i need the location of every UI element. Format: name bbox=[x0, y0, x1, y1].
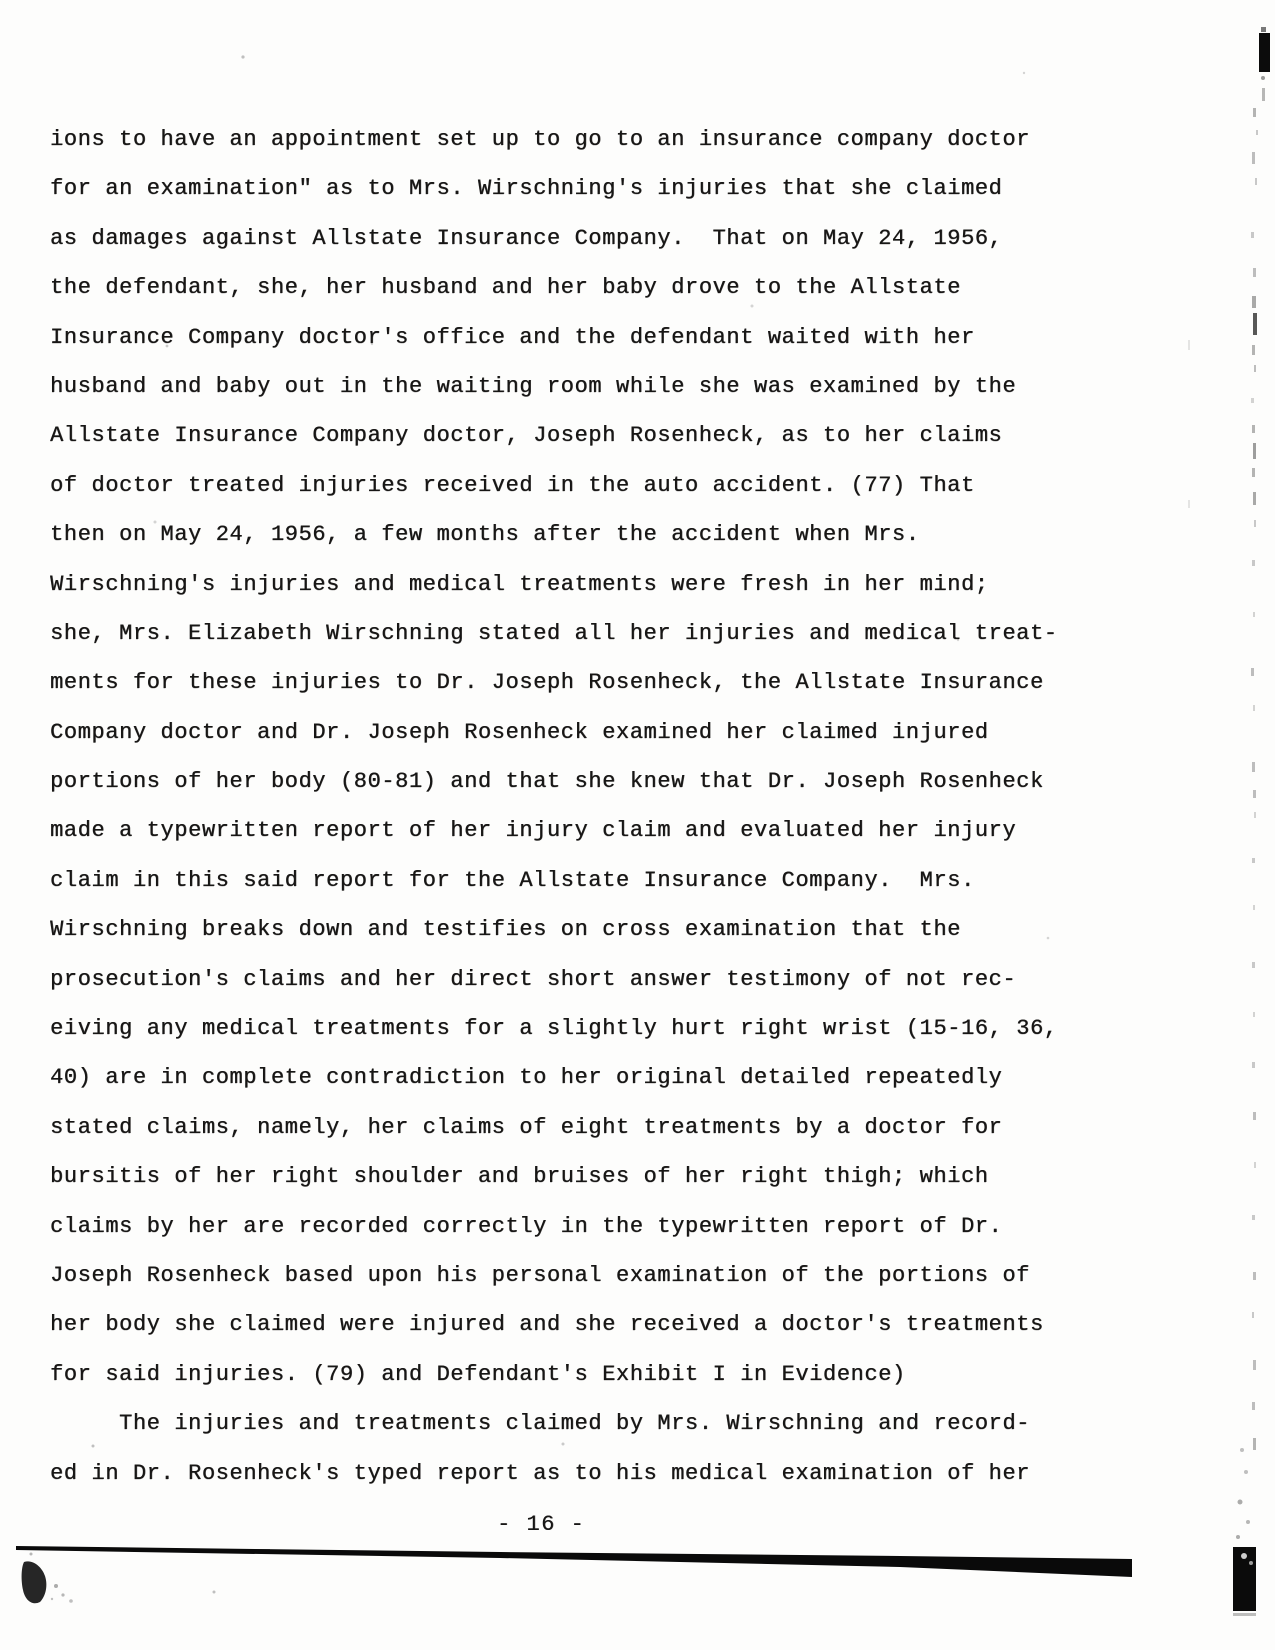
text-line: Company doctor and Dr. Joseph Rosenheck … bbox=[50, 708, 1180, 757]
text-line: ions to have an appointment set up to go… bbox=[50, 115, 1180, 164]
text-line: 40) are in complete contradiction to her… bbox=[50, 1053, 1180, 1102]
text-line: Insurance Company doctor's office and th… bbox=[50, 313, 1180, 362]
scan-bottom-edge-line-artifact bbox=[16, 1546, 1132, 1577]
scan-rect-bottom-right-artifact bbox=[1233, 1448, 1256, 1616]
text-line: stated claims, namely, her claims of eig… bbox=[50, 1103, 1180, 1152]
document-body-text: ions to have an appointment set up to go… bbox=[50, 115, 1180, 1498]
text-line: The injuries and treatments claimed by M… bbox=[50, 1399, 1180, 1448]
scan-bar-top-right-artifact bbox=[1259, 27, 1270, 101]
text-line: eiving any medical treatments for a slig… bbox=[50, 1004, 1180, 1053]
text-line: Wirschning's injuries and medical treatm… bbox=[50, 560, 1180, 609]
text-line: for said injuries. (79) and Defendant's … bbox=[50, 1350, 1180, 1399]
text-line: portions of her body (80-81) and that sh… bbox=[50, 757, 1180, 806]
text-line: prosecution's claims and her direct shor… bbox=[50, 955, 1180, 1004]
text-line: as damages against Allstate Insurance Co… bbox=[50, 214, 1180, 263]
text-line: she, Mrs. Elizabeth Wirschning stated al… bbox=[50, 609, 1180, 658]
text-line: ed in Dr. Rosenheck's typed report as to… bbox=[50, 1449, 1180, 1498]
text-line: for an examination" as to Mrs. Wirschnin… bbox=[50, 164, 1180, 213]
scan-streak-column-artifact bbox=[1251, 108, 1258, 1450]
scanned-document-page: ions to have an appointment set up to go… bbox=[0, 0, 1275, 1650]
text-line: ments for these injuries to Dr. Joseph R… bbox=[50, 658, 1180, 707]
scan-blob-bottom-left-artifact bbox=[22, 1553, 216, 1604]
text-line: claims by her are recorded correctly in … bbox=[50, 1202, 1180, 1251]
text-line: Allstate Insurance Company doctor, Josep… bbox=[50, 411, 1180, 460]
text-line: of doctor treated injuries received in t… bbox=[50, 461, 1180, 510]
text-line: bursitis of her right shoulder and bruis… bbox=[50, 1152, 1180, 1201]
text-line: then on May 24, 1956, a few months after… bbox=[50, 510, 1180, 559]
text-line: her body she claimed were injured and sh… bbox=[50, 1300, 1180, 1349]
text-line: made a typewritten report of her injury … bbox=[50, 806, 1180, 855]
text-line: claim in this said report for the Allsta… bbox=[50, 856, 1180, 905]
text-line: husband and baby out in the waiting room… bbox=[50, 362, 1180, 411]
page-number: - 16 - bbox=[497, 1512, 585, 1537]
text-line: the defendant, she, her husband and her … bbox=[50, 263, 1180, 312]
text-line: Wirschning breaks down and testifies on … bbox=[50, 905, 1180, 954]
text-line: Joseph Rosenheck based upon his personal… bbox=[50, 1251, 1180, 1300]
